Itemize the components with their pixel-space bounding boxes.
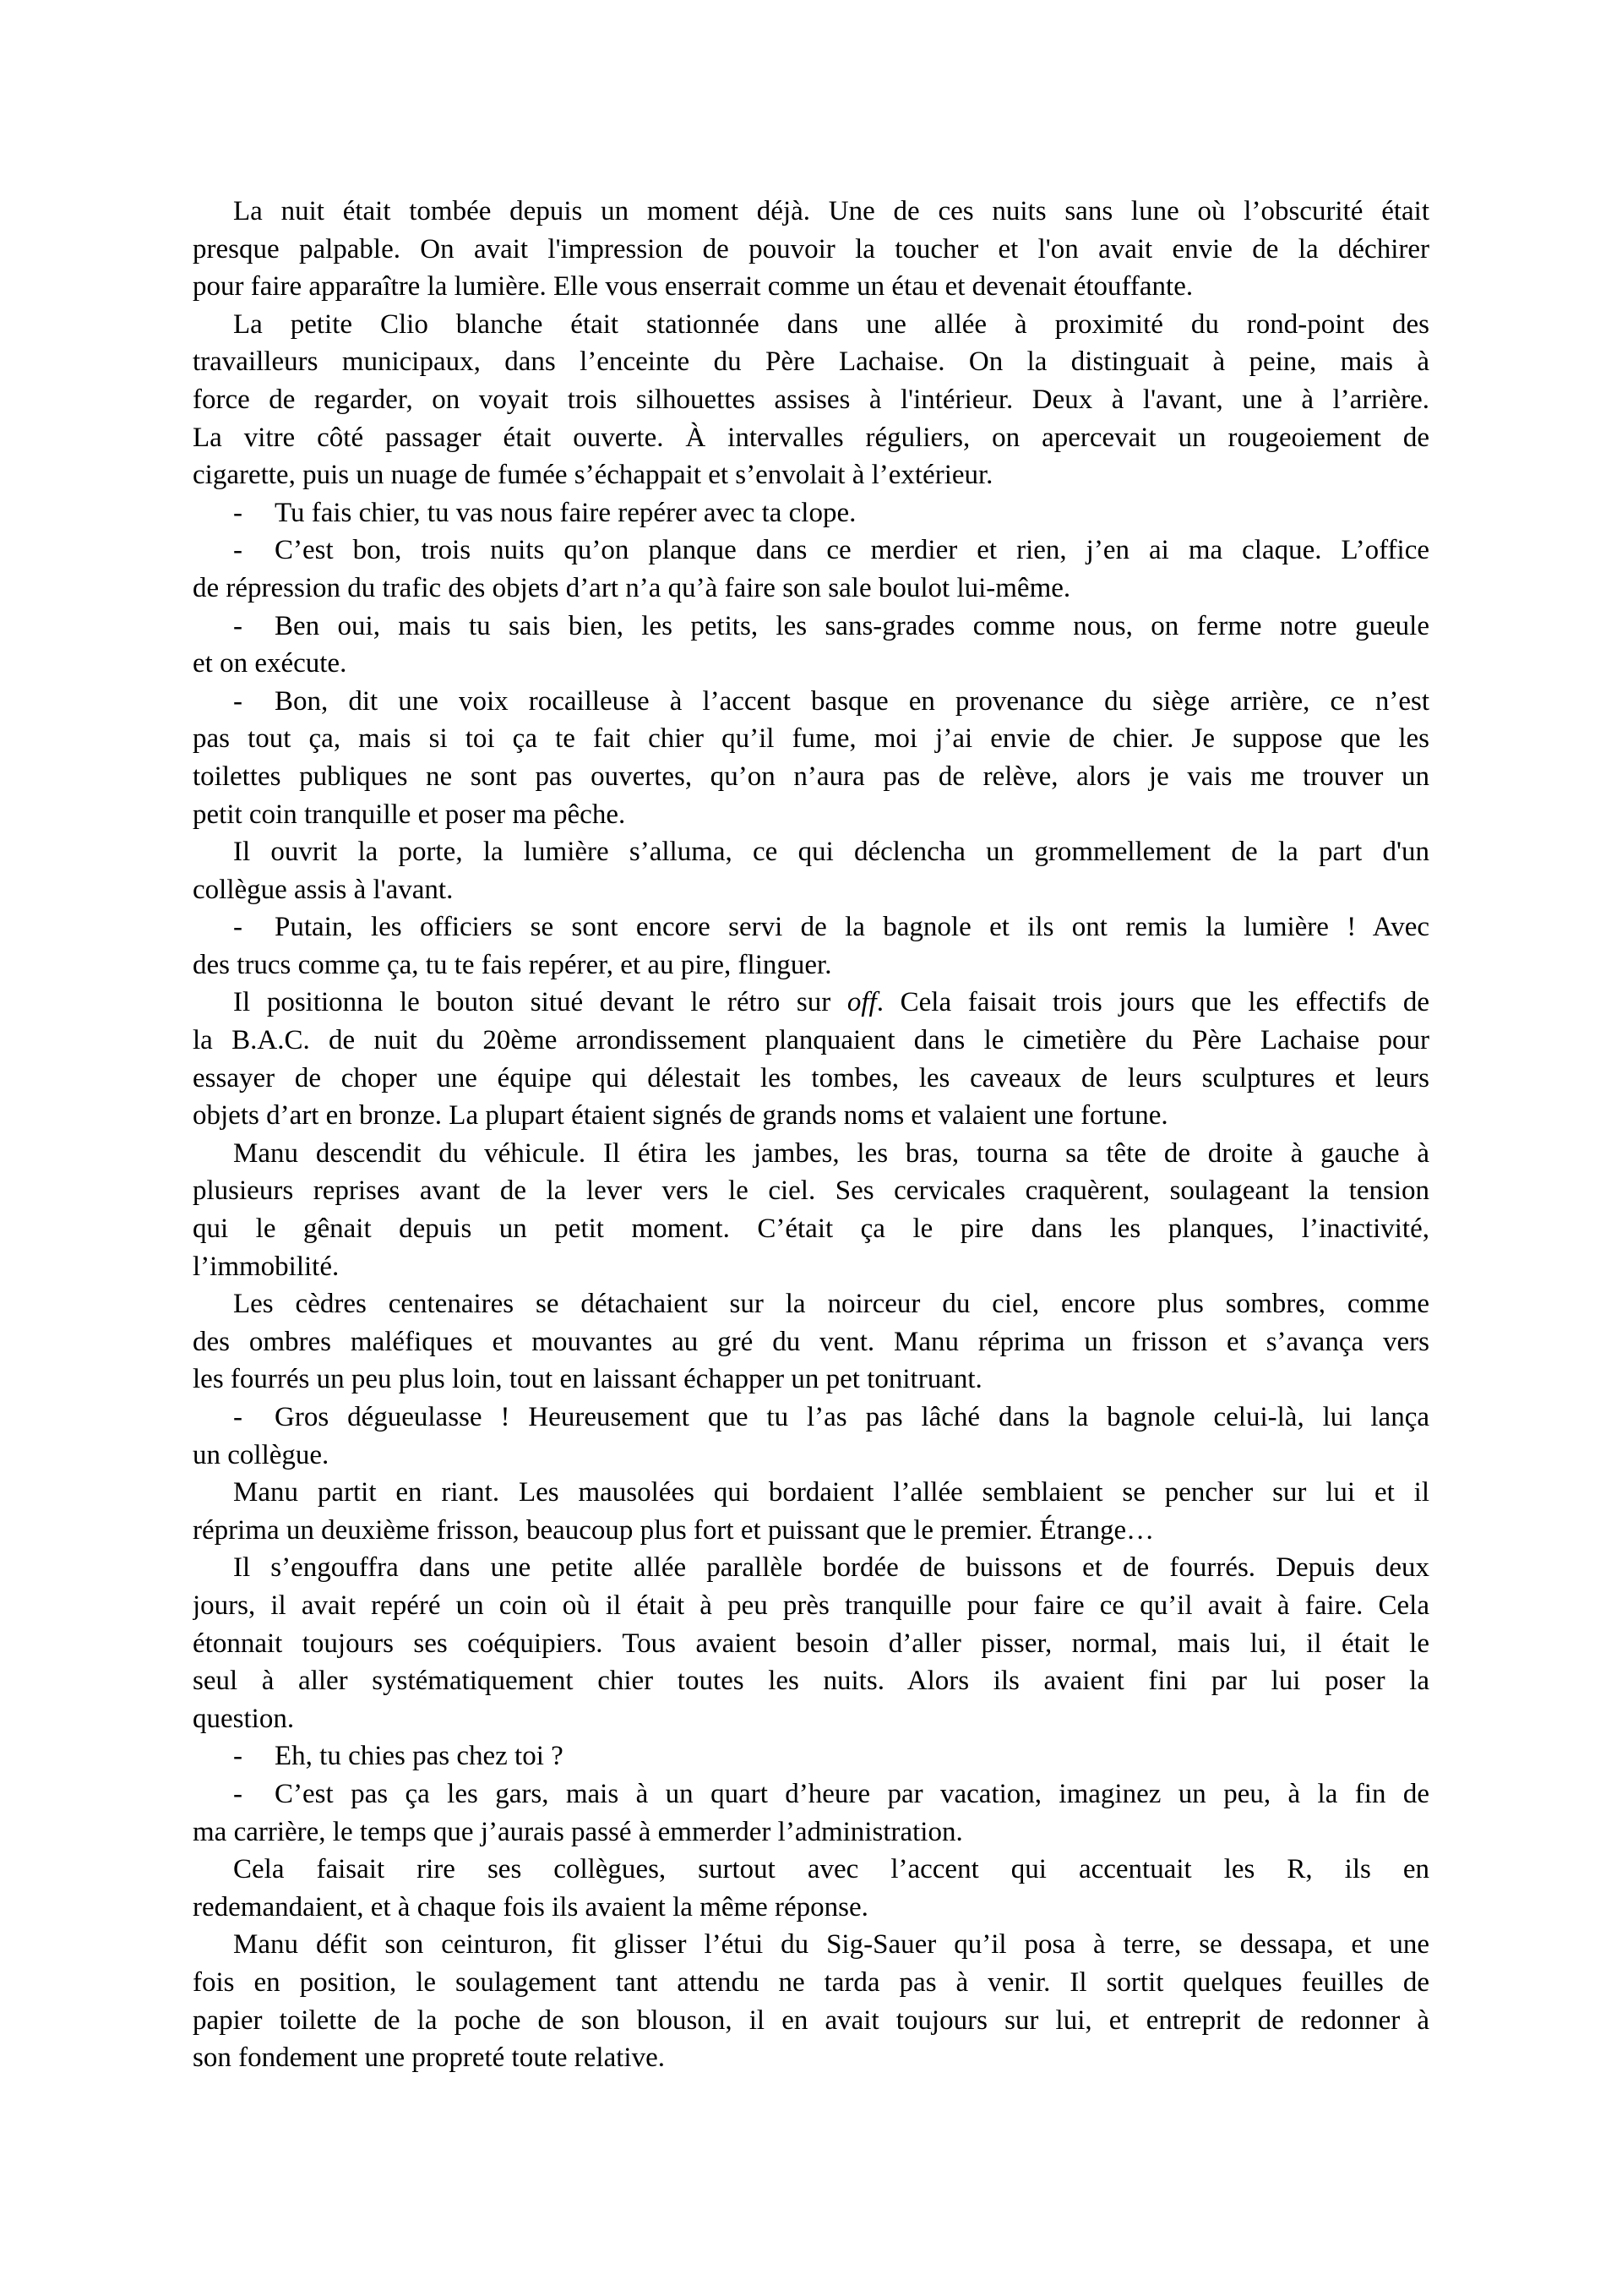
text-line: La vitre côté passager était ouverte. À … xyxy=(193,419,1429,457)
text-line: Manu défit son ceinturon, fit glisser l’… xyxy=(193,1926,1429,1964)
text-line: objets d’art en bronze. La plupart étaie… xyxy=(193,1097,1429,1135)
text-run: Gros dégueulasse ! Heureusement que tu l… xyxy=(275,1402,1429,1432)
text-line: fois en position, le soulagement tant at… xyxy=(193,1964,1429,2002)
text-run: presque palpable. On avait l'impression … xyxy=(193,234,1429,265)
text-run: La nuit était tombée depuis un moment dé… xyxy=(233,196,1429,226)
text-run: Eh, tu chies pas chez toi ? xyxy=(275,1741,563,1771)
text-run: La vitre côté passager était ouverte. À … xyxy=(193,423,1429,453)
text-run: question. xyxy=(193,1704,294,1734)
text-line: qui le gênait depuis un petit moment. C’… xyxy=(193,1210,1429,1248)
text-run: Manu descendit du véhicule. Il étira les… xyxy=(233,1138,1429,1169)
text-run: seul à aller systématiquement chier tout… xyxy=(193,1666,1429,1696)
text-run: Il ouvrit la porte, la lumière s’alluma,… xyxy=(233,837,1429,867)
text-line: Manu partit en riant. Les mausolées qui … xyxy=(193,1474,1429,1512)
text-line: -Ben oui, mais tu sais bien, les petits,… xyxy=(193,608,1429,646)
dialogue-dash: - xyxy=(233,535,242,565)
text-line: -C’est pas ça les gars, mais à un quart … xyxy=(193,1775,1429,1813)
dialogue-paragraph: -Gros dégueulasse ! Heureusement que tu … xyxy=(193,1399,1429,1474)
text-line: force de regarder, on voyait trois silho… xyxy=(193,381,1429,419)
dialogue-paragraph: -Tu fais chier, tu vas nous faire repére… xyxy=(193,494,1429,532)
page-text: La nuit était tombée depuis un moment dé… xyxy=(193,193,1429,2077)
text-line: -Bon, dit une voix rocailleuse à l’accen… xyxy=(193,683,1429,721)
text-run: plusieurs reprises avant de la lever ver… xyxy=(193,1175,1429,1206)
text-line: ma carrière, le temps que j’aurais passé… xyxy=(193,1813,1429,1852)
text-run: objets d’art en bronze. La plupart étaie… xyxy=(193,1100,1168,1131)
dialogue-paragraph: -Eh, tu chies pas chez toi ? xyxy=(193,1737,1429,1775)
text-line: question. xyxy=(193,1700,1429,1738)
dialogue-paragraph: -C’est bon, trois nuits qu’on planque da… xyxy=(193,532,1429,607)
text-run: l’immobilité. xyxy=(193,1252,339,1282)
text-line: -Gros dégueulasse ! Heureusement que tu … xyxy=(193,1399,1429,1437)
text-run: Putain, les officiers se sont encore ser… xyxy=(275,912,1429,942)
text-line: petit coin tranquille et poser ma pêche. xyxy=(193,796,1429,834)
text-run: Ben oui, mais tu sais bien, les petits, … xyxy=(275,611,1429,641)
dialogue-paragraph: -Bon, dit une voix rocailleuse à l’accen… xyxy=(193,683,1429,833)
text-line: pour faire apparaître la lumière. Elle v… xyxy=(193,268,1429,306)
text-run: pas tout ça, mais si toi ça te fait chie… xyxy=(193,723,1429,754)
text-line: -Tu fais chier, tu vas nous faire repére… xyxy=(193,494,1429,532)
text-run: la B.A.C. de nuit du 20ème arrondissemen… xyxy=(193,1025,1429,1055)
text-run: des trucs comme ça, tu te fais repérer, … xyxy=(193,950,831,980)
dialogue-dash: - xyxy=(233,1402,242,1432)
text-run: Il positionna le bouton situé devant le … xyxy=(233,987,847,1017)
text-run: Manu partit en riant. Les mausolées qui … xyxy=(233,1477,1429,1508)
text-line: des trucs comme ça, tu te fais repérer, … xyxy=(193,946,1429,984)
text-line: papier toilette de la poche de son blous… xyxy=(193,2002,1429,2040)
text-run: et on exécute. xyxy=(193,648,346,679)
text-line: son fondement une propreté toute relativ… xyxy=(193,2039,1429,2077)
dialogue-paragraph: -Ben oui, mais tu sais bien, les petits,… xyxy=(193,608,1429,683)
text-run: Les cèdres centenaires se détachaient su… xyxy=(233,1289,1429,1319)
text-line: Il positionna le bouton situé devant le … xyxy=(193,984,1429,1022)
dialogue-dash: - xyxy=(233,1779,242,1809)
dialogue-paragraph: -C’est pas ça les gars, mais à un quart … xyxy=(193,1775,1429,1851)
text-line: collègue assis à l'avant. xyxy=(193,871,1429,909)
text-line: Cela faisait rire ses collègues, surtout… xyxy=(193,1851,1429,1889)
text-line: l’immobilité. xyxy=(193,1248,1429,1286)
text-line: pas tout ça, mais si toi ça te fait chie… xyxy=(193,720,1429,758)
text-run: son fondement une propreté toute relativ… xyxy=(193,2042,665,2073)
text-line: de répression du trafic des objets d’art… xyxy=(193,570,1429,608)
text-line: et on exécute. xyxy=(193,645,1429,683)
document-page: La nuit était tombée depuis un moment dé… xyxy=(0,0,1622,2296)
narration-paragraph: Manu partit en riant. Les mausolées qui … xyxy=(193,1474,1429,1549)
text-line: presque palpable. On avait l'impression … xyxy=(193,231,1429,269)
text-line: toilettes publiques ne sont pas ouvertes… xyxy=(193,758,1429,796)
text-run: essayer de choper une équipe qui délesta… xyxy=(193,1063,1429,1093)
text-line: La nuit était tombée depuis un moment dé… xyxy=(193,193,1429,231)
text-run: Bon, dit une voix rocailleuse à l’accent… xyxy=(275,686,1429,717)
text-run: papier toilette de la poche de son blous… xyxy=(193,2005,1429,2036)
text-run: des ombres maléfiques et mouvantes au gr… xyxy=(193,1327,1429,1357)
text-line: -Putain, les officiers se sont encore se… xyxy=(193,908,1429,946)
narration-paragraph: Il positionna le bouton situé devant le … xyxy=(193,984,1429,1134)
text-run: La petite Clio blanche était stationnée … xyxy=(233,309,1429,340)
narration-paragraph: La petite Clio blanche était stationnée … xyxy=(193,306,1429,494)
text-run: . Cela faisait trois jours que les effec… xyxy=(877,987,1429,1017)
text-line: essayer de choper une équipe qui délesta… xyxy=(193,1060,1429,1098)
text-run: étonnait toujours ses coéquipiers. Tous … xyxy=(193,1628,1429,1659)
narration-paragraph: Il s’engouffra dans une petite allée par… xyxy=(193,1549,1429,1737)
narration-paragraph: La nuit était tombée depuis un moment dé… xyxy=(193,193,1429,306)
text-line: Il s’engouffra dans une petite allée par… xyxy=(193,1549,1429,1587)
text-line: Les cèdres centenaires se détachaient su… xyxy=(193,1285,1429,1323)
text-line: Il ouvrit la porte, la lumière s’alluma,… xyxy=(193,833,1429,871)
text-line: travailleurs municipaux, dans l’enceinte… xyxy=(193,343,1429,381)
text-line: des ombres maléfiques et mouvantes au gr… xyxy=(193,1323,1429,1361)
dialogue-dash: - xyxy=(233,912,242,942)
text-run: petit coin tranquille et poser ma pêche. xyxy=(193,799,625,830)
text-run: ma carrière, le temps que j’aurais passé… xyxy=(193,1817,963,1847)
text-run: un collègue. xyxy=(193,1440,329,1470)
text-line: la B.A.C. de nuit du 20ème arrondissemen… xyxy=(193,1022,1429,1060)
text-run: C’est bon, trois nuits qu’on planque dan… xyxy=(275,535,1429,565)
narration-paragraph: Il ouvrit la porte, la lumière s’alluma,… xyxy=(193,833,1429,908)
text-line: un collègue. xyxy=(193,1437,1429,1475)
text-run: fois en position, le soulagement tant at… xyxy=(193,1967,1429,1998)
text-run: Tu fais chier, tu vas nous faire repérer… xyxy=(275,498,856,528)
dialogue-dash: - xyxy=(233,498,242,528)
text-run: Manu défit son ceinturon, fit glisser l’… xyxy=(233,1929,1429,1960)
text-run: jours, il avait repéré un coin où il éta… xyxy=(193,1590,1429,1621)
text-line: redemandaient, et à chaque fois ils avai… xyxy=(193,1889,1429,1927)
dialogue-dash: - xyxy=(233,611,242,641)
text-line: Manu descendit du véhicule. Il étira les… xyxy=(193,1135,1429,1173)
text-line: -C’est bon, trois nuits qu’on planque da… xyxy=(193,532,1429,570)
narration-paragraph: Manu défit son ceinturon, fit glisser l’… xyxy=(193,1926,1429,2076)
dialogue-dash: - xyxy=(233,686,242,717)
text-run: réprima un deuxième frisson, beaucoup pl… xyxy=(193,1515,1154,1546)
text-line: cigarette, puis un nuage de fumée s’écha… xyxy=(193,456,1429,494)
text-run: de répression du trafic des objets d’art… xyxy=(193,573,1070,603)
dialogue-paragraph: -Putain, les officiers se sont encore se… xyxy=(193,908,1429,984)
text-line: -Eh, tu chies pas chez toi ? xyxy=(193,1737,1429,1775)
text-run: toilettes publiques ne sont pas ouvertes… xyxy=(193,761,1429,792)
italic-text: off xyxy=(847,987,877,1017)
text-run: les fourrés un peu plus loin, tout en la… xyxy=(193,1364,982,1394)
text-line: plusieurs reprises avant de la lever ver… xyxy=(193,1172,1429,1210)
text-line: seul à aller systématiquement chier tout… xyxy=(193,1662,1429,1700)
text-line: La petite Clio blanche était stationnée … xyxy=(193,306,1429,344)
text-run: redemandaient, et à chaque fois ils avai… xyxy=(193,1892,868,1922)
text-line: jours, il avait repéré un coin où il éta… xyxy=(193,1587,1429,1625)
text-line: réprima un deuxième frisson, beaucoup pl… xyxy=(193,1512,1429,1550)
text-line: étonnait toujours ses coéquipiers. Tous … xyxy=(193,1625,1429,1663)
narration-paragraph: Cela faisait rire ses collègues, surtout… xyxy=(193,1851,1429,1926)
text-run: travailleurs municipaux, dans l’enceinte… xyxy=(193,346,1429,377)
narration-paragraph: Les cèdres centenaires se détachaient su… xyxy=(193,1285,1429,1399)
narration-paragraph: Manu descendit du véhicule. Il étira les… xyxy=(193,1135,1429,1285)
text-run: cigarette, puis un nuage de fumée s’écha… xyxy=(193,460,993,490)
dialogue-dash: - xyxy=(233,1741,242,1771)
text-line: les fourrés un peu plus loin, tout en la… xyxy=(193,1361,1429,1399)
text-run: Il s’engouffra dans une petite allée par… xyxy=(233,1552,1429,1583)
text-run: collègue assis à l'avant. xyxy=(193,875,453,905)
text-run: force de regarder, on voyait trois silho… xyxy=(193,384,1429,415)
text-run: Cela faisait rire ses collègues, surtout… xyxy=(233,1854,1429,1884)
text-run: qui le gênait depuis un petit moment. C’… xyxy=(193,1213,1429,1244)
text-run: pour faire apparaître la lumière. Elle v… xyxy=(193,271,1193,302)
text-run: C’est pas ça les gars, mais à un quart d… xyxy=(275,1779,1429,1809)
